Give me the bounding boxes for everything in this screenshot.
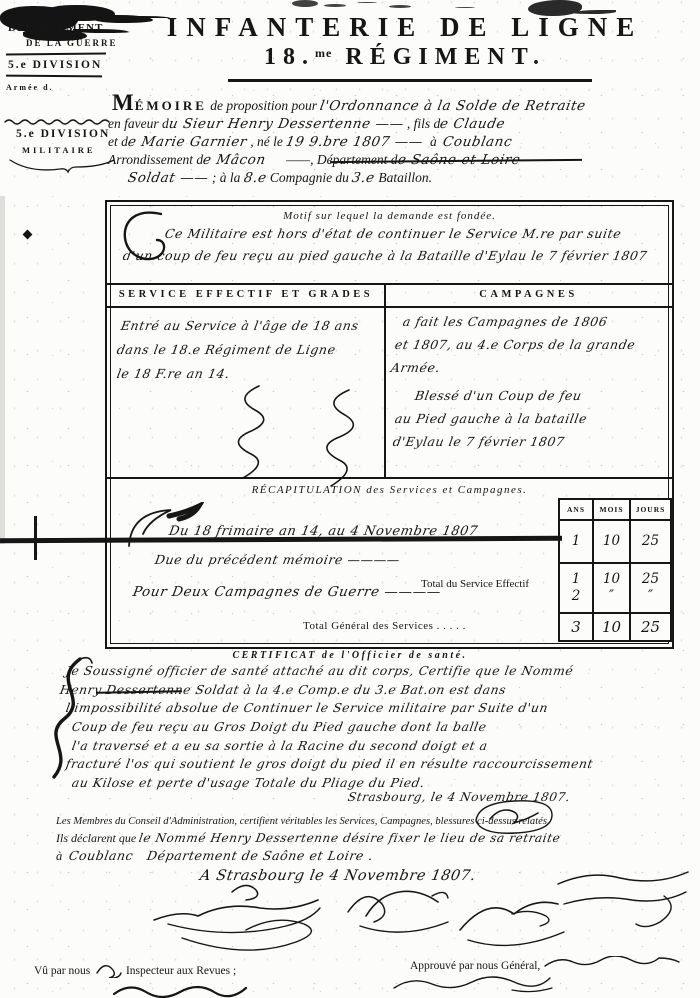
handwritten-text: 8.e <box>242 170 267 186</box>
recap-heading: RÉCAPITULATION des Services et Campagnes… <box>107 484 672 496</box>
handwritten-text: Coublanc <box>442 134 514 150</box>
printed-text: et d <box>108 134 128 149</box>
stamp-brace <box>8 158 116 174</box>
memoire-line-2: en faveur du Sieur Henry Dessertenne —— … <box>108 116 505 132</box>
closing-squiggle-1 <box>225 384 271 480</box>
motif-heading: Motif sur lequel la demande est fondée. <box>107 210 672 222</box>
recap-table: ANS MOIS JOURS 1 10 25 1 2 10 ″ 25 ″ 3 1… <box>558 498 672 642</box>
service-hand-line-2: dans le 18.e Régiment de Ligne <box>116 342 337 357</box>
approuve-line: Approuvé par nous Général, <box>410 956 683 972</box>
inspector-initial-squiggle <box>93 960 123 978</box>
margin-diamond-mark <box>23 230 33 240</box>
recap-cell-r2-jours: 25 ″ <box>630 563 671 613</box>
printed-text: de proposition pour <box>207 98 321 113</box>
printed-text: à <box>56 849 69 863</box>
recap-col-header-ans: ANS <box>559 499 593 520</box>
service-column-header: SERVICE EFFECTIF ET GRADES <box>107 289 385 300</box>
general-signature-squiggle-2 <box>392 976 572 994</box>
signature-inspector-partial <box>112 982 252 998</box>
recap-divider <box>107 477 672 479</box>
recap-cell-r2-ans: 1 2 <box>559 563 593 613</box>
recap-cell-r1-ans: 1 <box>559 520 593 563</box>
handwritten-text: Coublanc Département de Saône et Loire . <box>67 848 374 863</box>
recap-cell-r3-jours: 25 <box>630 613 671 641</box>
stamp-division-mid: 5.e DIVISION <box>16 128 110 140</box>
regiment-title: INFANTERIE DE LIGNE <box>145 12 665 43</box>
handwritten-text: l'Ordonnance à la Solde de Retraite <box>319 98 587 114</box>
stamp-rule-1 <box>6 52 106 55</box>
campagnes-column-header: CAMPAGNES <box>385 289 672 300</box>
handwritten-text: 19 9.bre 1807 —— <box>285 134 425 150</box>
fold-line-tick <box>34 516 37 560</box>
printed-text: M <box>112 90 135 115</box>
printed-text: à <box>423 134 443 149</box>
certificat-line-5: l'a traversé et a eu sa sortie à la Raci… <box>71 739 489 753</box>
handwritten-text: 3.e <box>351 170 376 186</box>
wavy-rule <box>4 118 116 126</box>
handwritten-text: u Sieur Henry Dessertenne —— <box>167 116 405 132</box>
handwritten-text: e Marie Garnier <box>126 134 248 150</box>
certificat-line-4: Coup de feu reçu au Gros Doigt du Pied g… <box>71 720 488 734</box>
recap-hand-line-3: Pour Deux Campagnes de Guerre ———— <box>132 584 443 600</box>
campagnes-hand-line-2: et 1807, au 4.e Corps de la grande <box>394 337 637 352</box>
stamp-departement: DÉPARTEMENT <box>8 22 103 34</box>
signature-member-1 <box>148 880 340 956</box>
certificat-line-6: fracturé l'os qui soutient le gros doigt… <box>65 757 595 771</box>
service-hand-line-3: le 18 F.re an 14. <box>116 366 232 381</box>
printed-text: , fils d <box>404 116 441 131</box>
printed-text: Ils déclarent que <box>56 831 139 845</box>
printed-text: ; à la <box>209 170 244 185</box>
motif-divider <box>107 283 672 285</box>
printed-text: Arrondissement d <box>108 152 203 167</box>
conseil-line-2: Ils déclarent que le Nommé Henry Dessert… <box>56 831 561 846</box>
recap-cell-r2-mois: 10 ″ <box>593 563 630 613</box>
scanned-document-page: DÉPARTEMENT DE LA GUERRE 5.e DIVISION Ar… <box>0 0 700 998</box>
stamp-armee: Armée d. <box>6 83 54 92</box>
certificat-line-7: au Kilose et perte d'usage Totale du Pli… <box>71 776 426 790</box>
handwritten-text: e Claude <box>439 116 507 132</box>
motif-hand-line-1: Ce Militaire est hors d'état de continue… <box>164 226 623 241</box>
general-signature-squiggle-1 <box>543 956 683 972</box>
vu-text-2: Inspecteur aux Revues ; <box>126 965 236 977</box>
printed-text: ÉMOIRE <box>135 98 207 113</box>
campagnes-hand-line-4: Blessé d'un Coup de feu <box>414 388 583 403</box>
recap-cell-r3-mois: 10 <box>593 613 630 641</box>
campagnes-hand-line-6: d'Eylau le 7 février 1807 <box>392 434 566 449</box>
stamp-guerre: DE LA GUERRE <box>26 38 118 48</box>
closing-squiggle-2 <box>313 388 359 488</box>
regiment-word: RÉGIMENT. <box>332 44 546 70</box>
printed-text: Bataillon. <box>375 170 432 185</box>
regiment-number-sup: me <box>315 46 332 60</box>
handwritten-text: e Mâcon <box>202 152 268 168</box>
signature-member-2 <box>336 882 454 938</box>
handwritten-text: Soldat —— <box>127 170 210 186</box>
memoire-line-3: et de Marie Garnier , né le 19 9.bre 180… <box>108 134 513 150</box>
campagnes-hand-line-1: a fait les Campagnes de 1806 <box>402 314 609 329</box>
stamp-rule-2 <box>6 75 102 78</box>
ink-specks-top-middle <box>292 0 318 7</box>
recap-col-header-mois: MOIS <box>593 499 630 520</box>
column-divider <box>384 283 386 477</box>
conseil-line-1: Les Membres du Conseil d'Administration,… <box>56 816 550 827</box>
recap-col-header-jours: JOURS <box>630 499 671 520</box>
vu-par-nous-line: Vû par nous Inspecteur aux Revues ; <box>34 960 236 978</box>
signature-member-4 <box>552 868 694 938</box>
vu-text-1: Vû par nous <box>34 965 90 977</box>
recap-cell-r1-jours: 25 <box>630 520 671 563</box>
header-underline <box>107 306 672 308</box>
certificat-line-3: l'impossibilité absolue de Continuer le … <box>65 701 550 715</box>
campagnes-hand-line-5: au Pied gauche à la bataille <box>394 411 589 426</box>
service-hand-line-1: Entré au Service à l'âge de 18 ans <box>120 318 360 333</box>
printed-text: ——, Département d <box>266 152 398 167</box>
motif-hand-line-2: d'un coup de feu reçu au pied gauche à l… <box>122 248 649 263</box>
campagnes-hand-line-3: Armée. <box>390 360 442 375</box>
printed-text: , né le <box>247 134 286 149</box>
recap-hand-line-2: Due du précédent mémoire ———— <box>154 552 402 567</box>
certificat-heading: CERTIFICAT de l'Officier de santé. <box>180 650 520 661</box>
recap-cell-r3-ans: 3 <box>559 613 593 641</box>
approuve-text: Approuvé par nous Général, <box>410 960 540 972</box>
recap-cell-r1-mois: 10 <box>593 520 630 563</box>
label-total-effectif: Total du Service Effectif <box>421 578 529 590</box>
stamp-militaire: MILITAIRE <box>22 145 96 155</box>
memoire-line-1: MÉMOIRE de proposition pour l'Ordonnance… <box>112 90 586 116</box>
stamp-division-top: 5.e DIVISION <box>8 59 102 71</box>
title-rule <box>228 79 592 82</box>
label-total-general: Total Général des Services . . . . . <box>303 620 466 632</box>
handwritten-text: le Nommé Henry Dessertenne désire fixer … <box>138 831 562 845</box>
regiment-subtitle: 18.me RÉGIMENT. <box>145 44 665 71</box>
certificat-line-1: Je Soussigné officier de santé attaché a… <box>65 664 575 678</box>
printed-text: en faveur d <box>108 116 169 131</box>
memoire-line-5: Soldat —— ; à la 8.e Compagnie du 3.e Ba… <box>128 170 432 186</box>
conseil-line-3: à Coublanc Département de Saône et Loire… <box>56 848 373 864</box>
main-form-box: Motif sur lequel la demande est fondée. … <box>105 200 674 649</box>
certificat-line-2: Henry Dessertenne Soldat à la 4.e Comp.e… <box>59 683 508 697</box>
scan-edge-strip <box>0 196 5 544</box>
regiment-number: 18. <box>264 44 315 70</box>
printed-text: Compagnie du <box>266 170 352 185</box>
